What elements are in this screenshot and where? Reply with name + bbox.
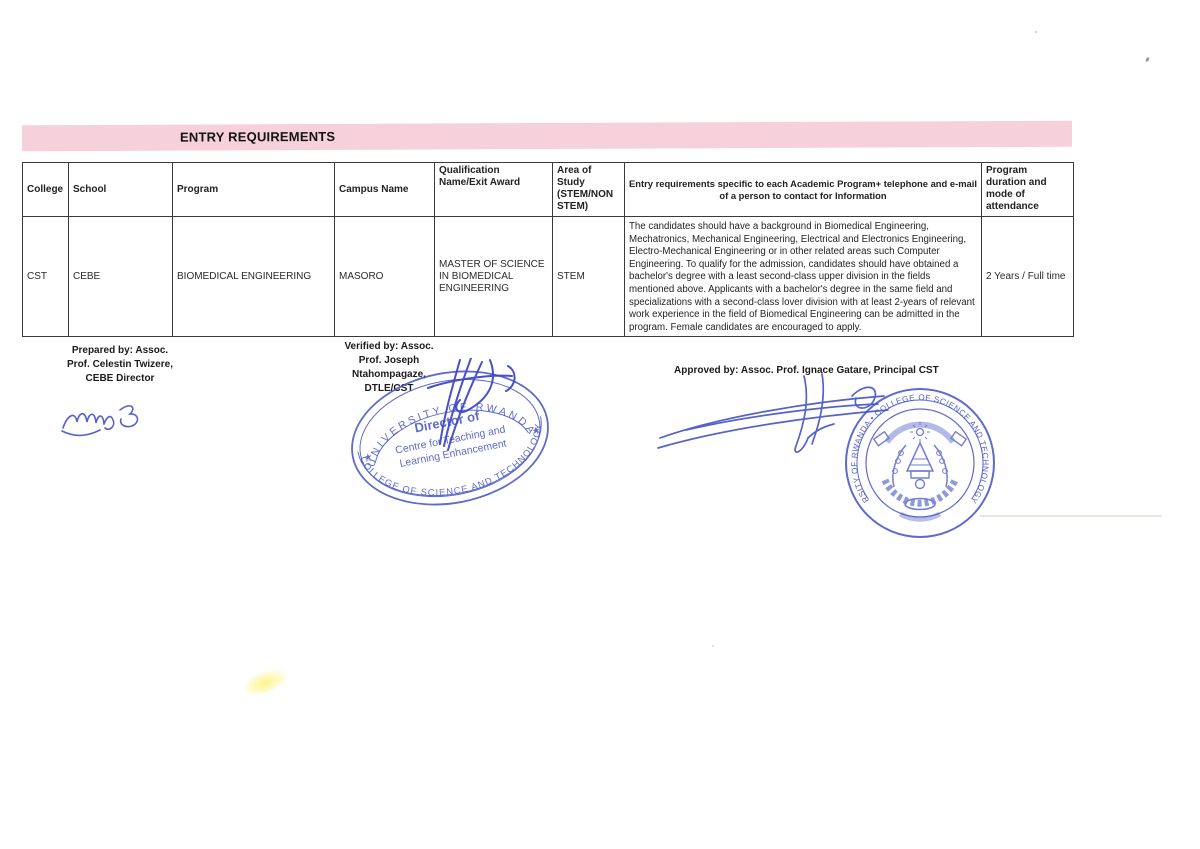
entry-requirements-table: College School Program Campus Name Quali…	[22, 162, 1074, 337]
scan-speck	[712, 645, 714, 647]
scan-artifact-line	[980, 515, 1162, 517]
highlighter-smudge	[241, 666, 289, 699]
column-header-qualification: Qualification Name/Exit Award	[435, 163, 553, 217]
cell-qualification: MASTER OF SCIENCE IN BIOMEDICAL ENGINEER…	[435, 217, 553, 337]
cell-campus-name: MASORO	[335, 217, 435, 337]
column-header-entry-requirements: Entry requirements specific to each Acad…	[625, 163, 982, 217]
column-header-school: School	[69, 163, 173, 217]
cell-area-of-study: STEM	[553, 217, 625, 337]
title-band: ENTRY REQUIREMENTS	[22, 121, 1072, 152]
round-stamp-outer-ring	[846, 389, 994, 537]
prepared-by-line: CEBE Director	[40, 372, 200, 386]
cell-entry-requirements: The candidates should have a background …	[625, 217, 982, 337]
column-header-campus-name: Campus Name	[335, 163, 435, 217]
column-header-college: College	[23, 163, 69, 217]
column-header-area-of-study: Area of Study (STEM/NON STEM)	[553, 163, 625, 217]
prepared-by-signature-icon	[58, 396, 173, 446]
round-stamp: UNIVERSITY OF RWANDA • COLLEGE OF SCIENC…	[842, 385, 998, 541]
prepared-by-block: Prepared by: Assoc. Prof. Celestin Twize…	[40, 344, 200, 386]
cell-program: BIOMEDICAL ENGINEERING	[173, 217, 335, 337]
column-header-program: Program	[173, 163, 335, 217]
cell-school: CEBE	[69, 217, 173, 337]
prepared-by-line: Prepared by: Assoc.	[40, 344, 200, 358]
table-header-row: College School Program Campus Name Quali…	[23, 163, 1074, 217]
scanned-document-page: ENTRY REQUIREMENTS College School Progra…	[0, 0, 1200, 849]
verified-by-line: Verified by: Assoc.	[328, 340, 450, 354]
cell-college: CST	[23, 217, 69, 337]
round-stamp-emblem-icon	[874, 422, 966, 519]
page-title: ENTRY REQUIREMENTS	[180, 129, 335, 145]
scan-speck	[1035, 31, 1037, 33]
cell-duration: 2 Years / Full time	[982, 217, 1074, 337]
column-header-duration: Program duration and mode of attendance	[982, 163, 1074, 217]
oval-stamp: UNIVERSITY OF RWANDA COLLEGE OF SCIENCE …	[340, 358, 562, 518]
prepared-by-line: Prof. Celestin Twizere,	[40, 358, 200, 372]
scan-speck	[1145, 57, 1150, 63]
table-row: CST CEBE BIOMEDICAL ENGINEERING MASORO M…	[23, 217, 1074, 337]
